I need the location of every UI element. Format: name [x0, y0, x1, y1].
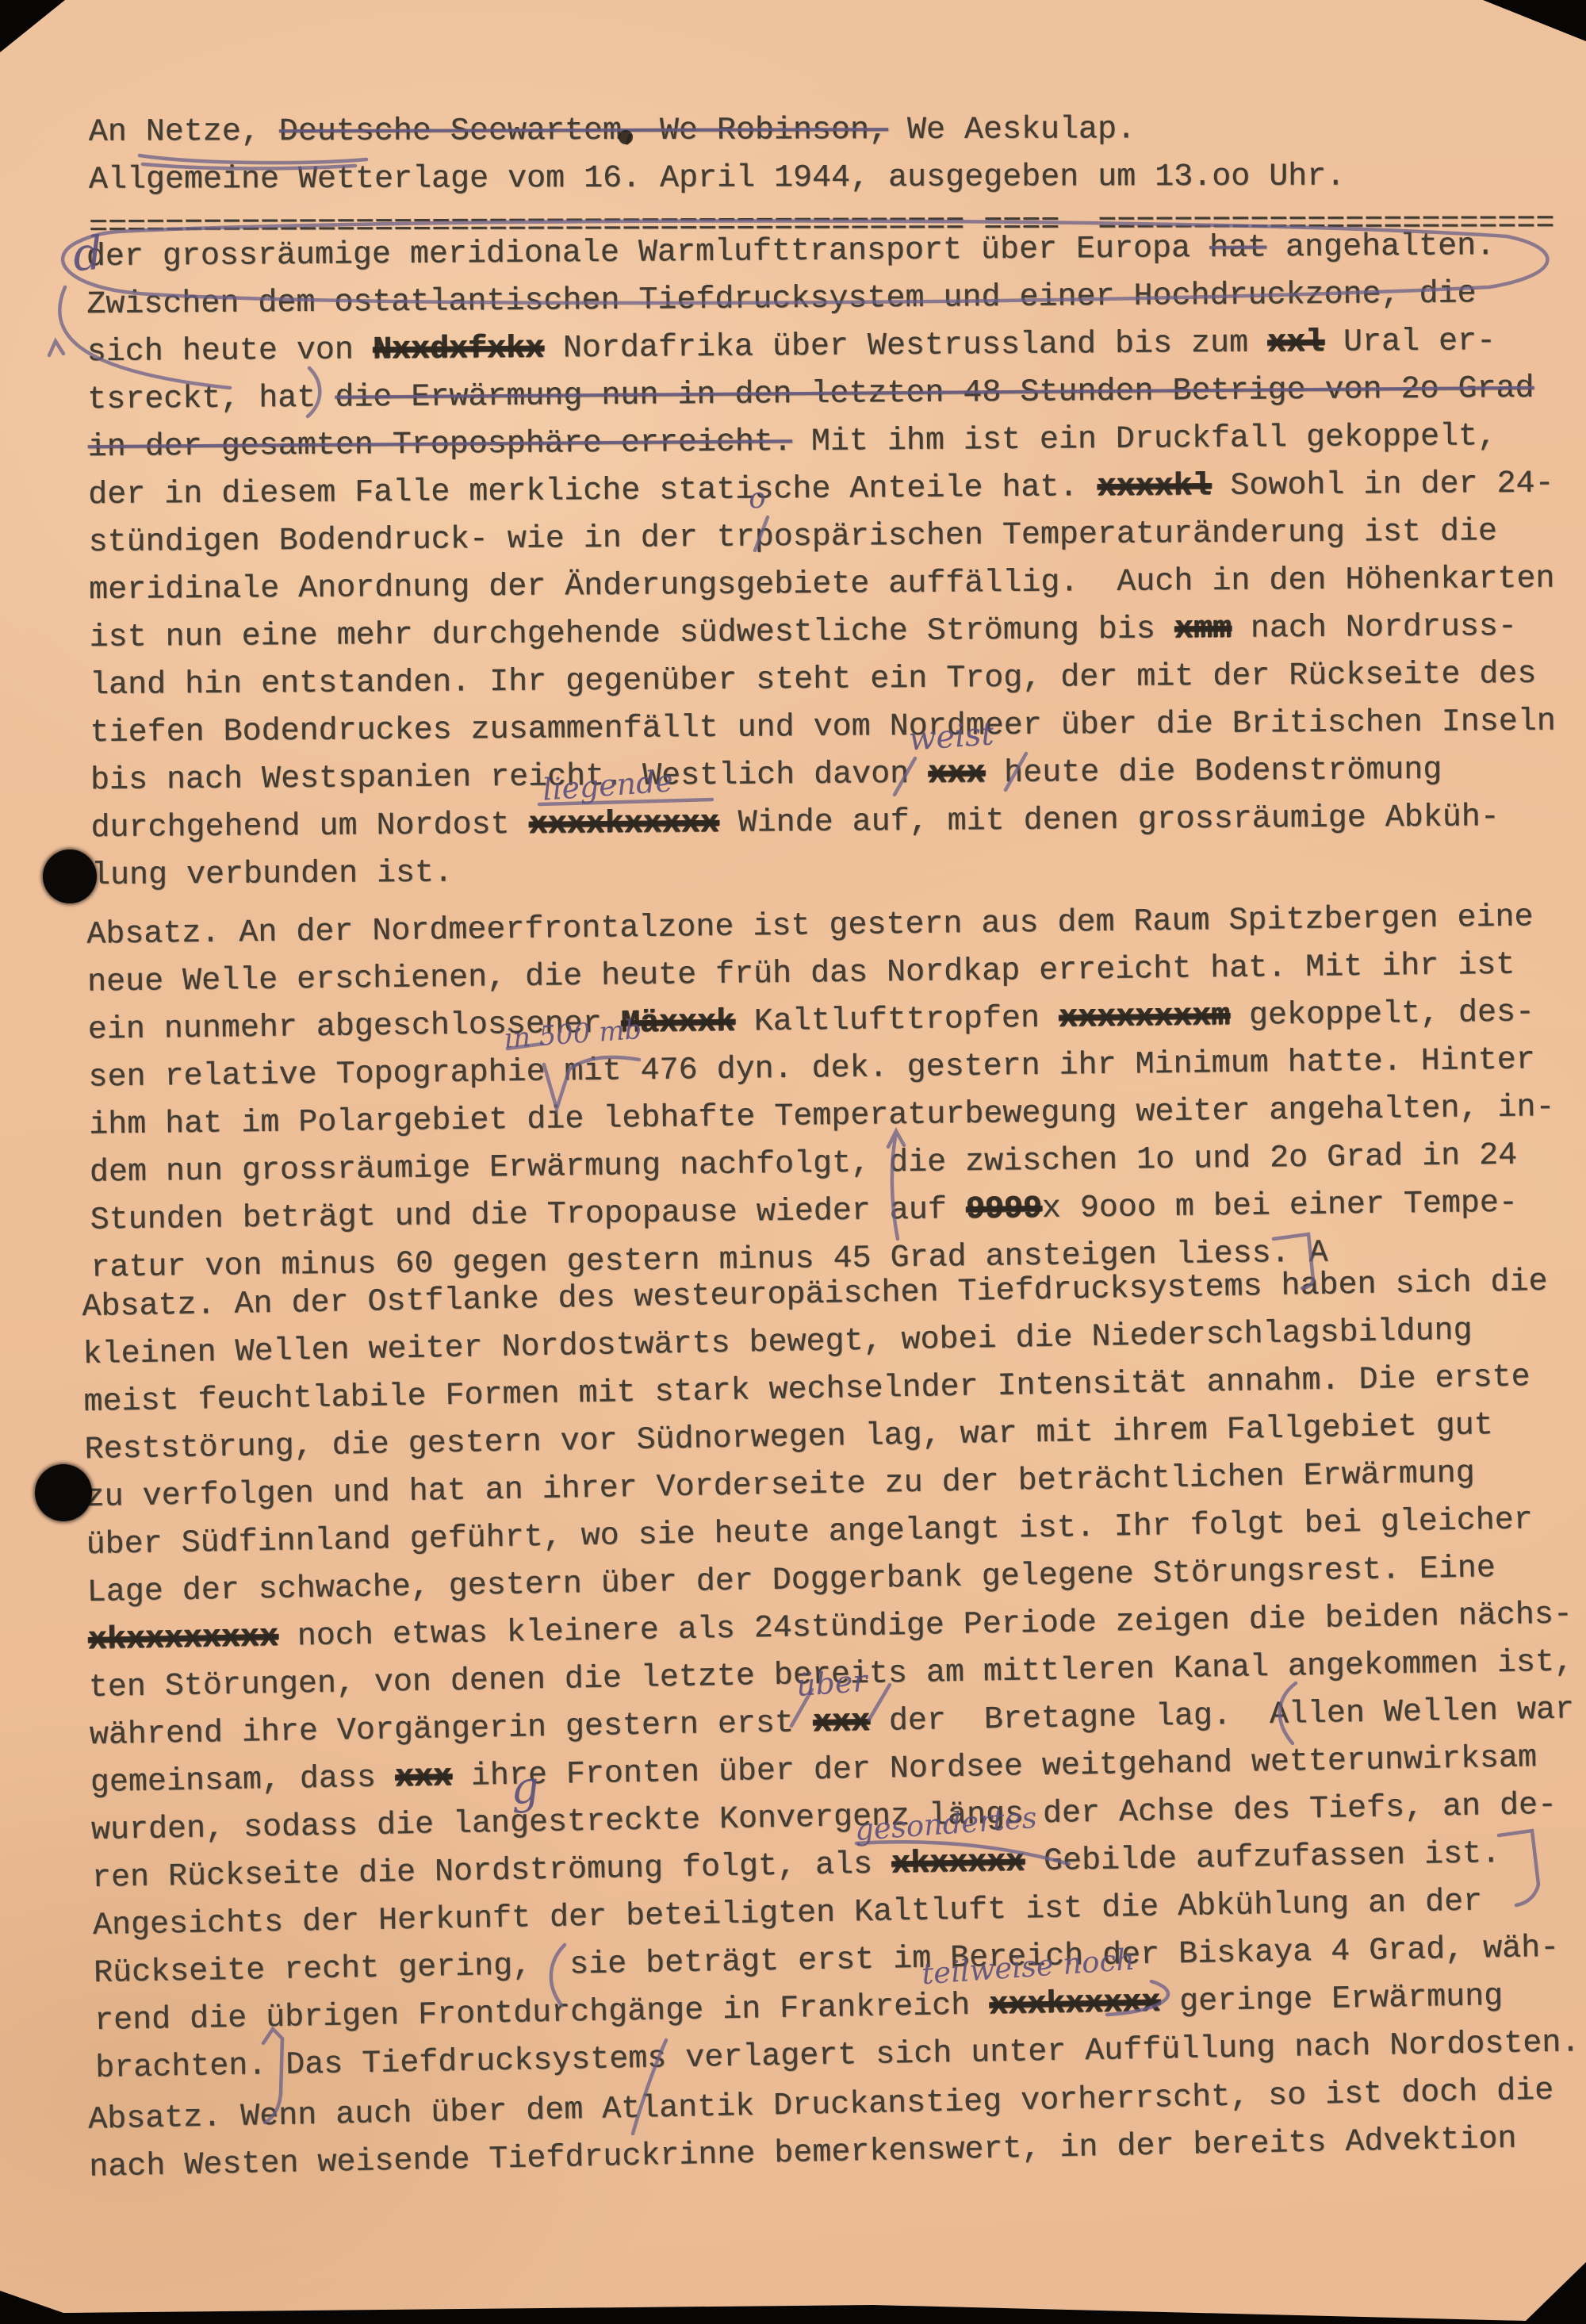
- text-segment: Allgemeine Wetterlage vom 16. April 1944…: [89, 159, 1345, 198]
- typed-overstrike-segment: xxxxkxxxxx: [528, 806, 718, 843]
- text-segment: ist nun eine mehr durchgehende südwestli…: [89, 612, 1174, 656]
- text-segment: Winde auf, mit denen grossräumige Abküh-: [718, 800, 1499, 842]
- text-segment: Kaltlufttropfen: [735, 1001, 1059, 1041]
- text-segment: Stunden beträgt und die Tropopause wiede…: [90, 1192, 966, 1238]
- pencil-struck-segment: die Erwärmung nun in den letzten 48 Stun…: [335, 371, 1534, 416]
- typed-line: An Netze, Deutsche Seewartem, We Robinso…: [0, 109, 1586, 160]
- text-segment: Nordafrika über Westrussland bis zum: [544, 325, 1267, 366]
- text-segment: durchgehend um Nordost: [90, 807, 528, 846]
- handwritten-word-ueber: über: [795, 1663, 868, 1703]
- pencil-struck-segment: Deutsche Seewartem, We Robinson,: [279, 113, 888, 150]
- punch-hole-bottom: [35, 1464, 92, 1521]
- text-segment: Sowohl in der 24-: [1211, 466, 1553, 504]
- pencil-struck-segment: in der gesamten Troposphäre erreicht.: [88, 424, 792, 466]
- text-segment: der in diesem Falle merkliche statische …: [88, 470, 1098, 513]
- text-segment: lung verbunden ist.: [91, 856, 453, 895]
- text-segment: meridinale Anordnung der Änderungsgebiet…: [89, 562, 1555, 609]
- text-segment: der grossräumige meridionale Warmlufttra…: [86, 231, 1210, 275]
- pencil-struck-segment: hat: [1209, 230, 1266, 267]
- text-block-3: Absatz. An der Ostflanke des westeuropäi…: [0, 1261, 1586, 2098]
- typed-overstrike-segment: xkxxxxx: [891, 1844, 1025, 1882]
- handwritten-inserted-g: g: [509, 1762, 541, 1815]
- text-block-2: Absatz. An der Nordmeerfrontalzone ist g…: [0, 897, 1586, 1297]
- typed-overstrike-segment: Nxxdxfxkx: [373, 332, 544, 369]
- text-segment: Mit ihm ist ein Druckfall gekoppelt,: [792, 419, 1496, 460]
- typed-overstrike-segment: xxxxxxxxm: [1059, 999, 1231, 1037]
- text-segment: land hin entstanden. Ihr gegenüber steht…: [90, 657, 1537, 704]
- typed-overstrike-segment: 9999: [966, 1191, 1043, 1228]
- text-segment: We Aeskulap.: [888, 112, 1136, 148]
- text-segment: nach Nordruss-: [1232, 609, 1517, 647]
- typed-line: Allgemeine Wetterlage vom 16. April 1944…: [0, 156, 1586, 208]
- text-segment: An Netze,: [89, 114, 279, 151]
- handwritten-inserted-o: o: [748, 481, 767, 515]
- text-segment: heute die Bodenströmung: [985, 753, 1442, 792]
- text-segment: sich heute von: [87, 332, 373, 370]
- punch-hole-top: [43, 849, 97, 903]
- text-segment: tiefen Bodendruckes zusammenfällt und vo…: [90, 704, 1556, 752]
- text-segment: gekoppelt, des-: [1230, 995, 1535, 1034]
- scanned-document-page: An Netze, Deutsche Seewartem, We Robinso…: [0, 0, 1586, 2324]
- typed-overstrike-segment: xxl: [1267, 325, 1324, 362]
- typed-overstrike-segment: xkxxxxxxxx: [87, 1620, 278, 1659]
- typed-overstrike-segment: xxxkxxxxx: [989, 1985, 1161, 2024]
- text-segment: Ural er-: [1324, 324, 1496, 361]
- text-block-1: der grossräumige meridionale Warmlufttra…: [0, 225, 1586, 904]
- text-segment: gemeinsam, dass: [90, 1760, 396, 1801]
- typed-overstrike-segment: xmm: [1174, 612, 1232, 648]
- text-segment: x 9ooo m bei einer Tempe-: [1042, 1186, 1519, 1227]
- text-segment: angehalten.: [1266, 228, 1495, 266]
- text-segment: tsreckt, hat: [87, 381, 335, 418]
- text-segment: geringe Erwärmung: [1160, 1979, 1504, 2021]
- text-segment: Gebilde aufzufassen ist.: [1025, 1836, 1501, 1880]
- handwritten-word-weist: weist: [908, 715, 995, 757]
- text-segment: stündigen Bodendruck- wie in der trpospä…: [89, 514, 1498, 561]
- typed-overstrike-segment: xxx: [813, 1705, 871, 1741]
- handwritten-letter-d: d: [71, 226, 105, 282]
- text-segment: bis nach Westspanien reicht. Westlich da…: [90, 757, 928, 799]
- typed-overstrike-segment: xxx: [395, 1759, 453, 1796]
- typed-overstrike-segment: xxx: [928, 756, 985, 792]
- typed-overstrike-segment: xxxxkl: [1097, 469, 1211, 505]
- text-segment: Zwischen dem ostatlantischen Tiefdrucksy…: [86, 276, 1477, 323]
